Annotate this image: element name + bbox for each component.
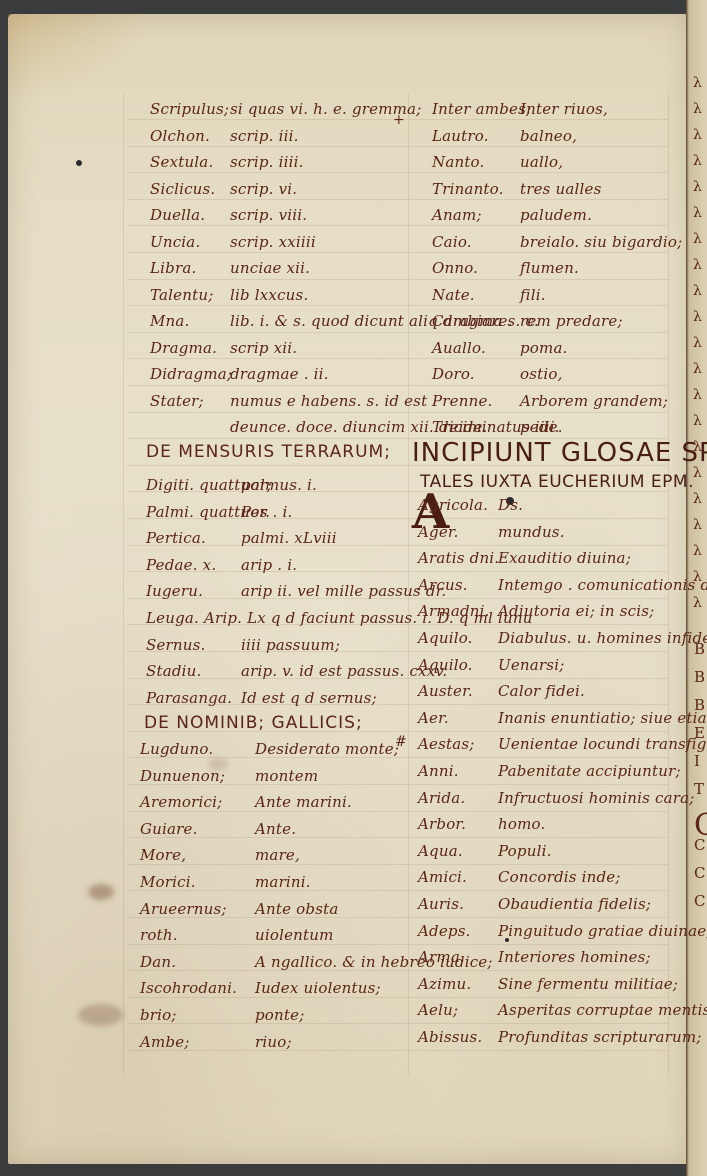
- entry-gloss: dragmae . ii.: [230, 365, 329, 383]
- glossary-entry: Libra.unciae xii.: [150, 259, 196, 277]
- entry-gloss: Desiderato monte;: [255, 740, 399, 758]
- glossary-entry: Talentu;lib lxxcus.: [150, 286, 213, 304]
- glossary-entry: Nanto.uallo,: [432, 153, 485, 171]
- entry-gloss: Uenientae locundi transfiguratio: [498, 735, 707, 753]
- entry-gloss: Pinguitudo gratiae diuinae;: [498, 922, 707, 940]
- glossary-entry: Armadni.Adiutoria ei; in scis;: [418, 602, 490, 620]
- glossary-entry: Morici.marini.: [140, 873, 196, 891]
- next-page-letter: B: [694, 696, 705, 714]
- entry-gloss: Exauditio diuina;: [498, 549, 631, 567]
- entry-gloss: pede.: [520, 418, 563, 436]
- ruling-line: [128, 199, 668, 200]
- ruling-line: [128, 837, 668, 838]
- entry-gloss: Concordis inde;: [498, 868, 621, 886]
- ruling-line: [128, 864, 668, 865]
- ruling-line: [128, 1023, 668, 1024]
- glossary-entry: Olchon.scrip. iii.: [150, 127, 210, 145]
- margin-mark: +: [393, 112, 405, 128]
- entry-gloss: Sine fermentu militiae;: [498, 975, 678, 993]
- entry-gloss: Adiutoria ei; in scis;: [498, 602, 654, 620]
- entry-term: Sernus.: [146, 636, 206, 654]
- entry-gloss: Iudex uiolentus;: [255, 979, 381, 997]
- entry-term: Dragma.: [150, 339, 217, 357]
- glossary-entry: Arma.Interiores homines;: [418, 948, 465, 966]
- entry-term: Parasanga.: [146, 689, 232, 707]
- glossary-entry: Treide.pede.: [432, 418, 488, 436]
- glossary-entry: Anam;paludem.: [432, 206, 482, 224]
- entry-term: Uncia.: [150, 233, 200, 251]
- entry-term: Pedae. x.: [146, 556, 216, 574]
- glossary-entry: Lautro.balneo,: [432, 127, 489, 145]
- entry-term: Nate.: [432, 286, 475, 304]
- glossary-entry: Iugeru.arip ii. vel mille passus dr.: [146, 582, 203, 600]
- entry-term: Duella.: [150, 206, 205, 224]
- entry-term: Trinanto.: [432, 180, 504, 198]
- glossary-entry: Stater;numus e habens. s. id est: [150, 392, 204, 410]
- glossary-entry: Aquilo.Diabulus. u. homines infideles;: [418, 629, 473, 647]
- entry-term: Didragma;: [150, 365, 232, 383]
- entry-gloss: tres ualles: [520, 180, 602, 198]
- glossary-entry: Pedae. x.arip . i.: [146, 556, 216, 574]
- entry-gloss: uallo,: [520, 153, 563, 171]
- entry-term: Mna.: [150, 312, 190, 330]
- glossary-entry: Sernus.iiii passuum;: [146, 636, 206, 654]
- section-heading: DE NOMINIB; GALLICIS;: [144, 713, 363, 733]
- glossary-entry: Uncia.scrip. xxiiii: [150, 233, 200, 251]
- entry-gloss: numus e habens. s. id est: [230, 392, 427, 410]
- glossary-entry: Aelu;Asperitas corruptae mentis;: [418, 1001, 458, 1019]
- entry-gloss: scrip. iiii.: [230, 153, 304, 171]
- ruling-line: [128, 305, 668, 306]
- ruling-line: [128, 252, 668, 253]
- glossary-entry: Cambiare.rem predare;: [432, 312, 513, 330]
- ruling-line: [128, 172, 668, 173]
- entry-term: Stater;: [150, 392, 204, 410]
- glossary-entry: Scripulus;si quas vi. h. e. gremma;: [150, 100, 229, 118]
- initial-stroke: λ: [693, 179, 702, 195]
- glossary-entry: Arida.Infructuosi hominis cara;: [418, 789, 465, 807]
- initial-stroke: λ: [693, 595, 702, 611]
- entry-term: Iscohrodani.: [140, 979, 237, 997]
- entry-term: Onno.: [432, 259, 478, 277]
- entry-gloss: scrip. vi.: [230, 180, 297, 198]
- initial-stroke: λ: [693, 283, 702, 299]
- entry-gloss: arip ii. vel mille passus dr.: [241, 582, 446, 600]
- glossary-entry: Trinanto.tres ualles: [432, 180, 504, 198]
- glossary-entry: Aestas;Uenientae locundi transfiguratio: [418, 735, 475, 753]
- entry-gloss: Obaudientia fidelis;: [498, 895, 651, 913]
- entry-term: Talentu;: [150, 286, 213, 304]
- entry-term: Dan.: [140, 953, 176, 971]
- entry-term: Azimu.: [418, 975, 471, 993]
- glossary-entry: Ambe;riuo;: [140, 1033, 190, 1051]
- entry-term: Agricola.: [418, 496, 488, 514]
- incipit-heading: INCIPIUNT GLOSAE SPIRI: [412, 438, 707, 468]
- entry-term: Inter ambes;: [432, 100, 531, 118]
- initial-stroke: λ: [693, 75, 702, 91]
- entry-gloss: riuo;: [255, 1033, 292, 1051]
- glossary-entry: roth.uiolentum: [140, 926, 178, 944]
- entry-gloss: Infructuosi hominis cara;: [498, 789, 695, 807]
- entry-gloss: rem predare;: [520, 312, 623, 330]
- glossary-entry: Aremorici;Ante marini.: [140, 793, 222, 811]
- initial-stroke: λ: [693, 491, 702, 507]
- entry-gloss: montem: [255, 767, 318, 785]
- entry-term: Armadni.: [418, 602, 490, 620]
- entry-gloss: Calor fidei.: [498, 682, 585, 700]
- entry-term: Auris.: [418, 895, 464, 913]
- initial-stroke: λ: [693, 465, 702, 481]
- entry-gloss: Id est q d sernus;: [241, 689, 377, 707]
- entry-term: Stadiu.: [146, 662, 201, 680]
- next-page-letter: B: [694, 640, 705, 658]
- glossary-entry: Auallo.poma.: [432, 339, 486, 357]
- glossary-entry: Aer.Inanis enuntiatio; siue etiam;: [418, 709, 449, 727]
- entry-term: Nanto.: [432, 153, 485, 171]
- glossary-entry: Inter ambes;Inter riuos,: [432, 100, 531, 118]
- glossary-entry: Dragma.scrip xii.: [150, 339, 217, 357]
- glossary-entry: Auris.Obaudientia fidelis;: [418, 895, 464, 913]
- initial-stroke: λ: [693, 153, 702, 169]
- initial-stroke: λ: [693, 413, 702, 429]
- ruling-line: [128, 651, 668, 652]
- incipit-subheading: TALES IUXTA EUCHERIUM EPM.: [420, 472, 694, 492]
- entry-term: Aratis dni.: [418, 549, 499, 567]
- next-page-letter: B: [694, 668, 705, 686]
- entry-term: Adeps.: [418, 922, 471, 940]
- entry-term: Siclicus.: [150, 180, 215, 198]
- ruling-line: [128, 385, 668, 386]
- initial-stroke: λ: [693, 127, 702, 143]
- glossary-entry: Prenne.Arborem grandem;: [432, 392, 493, 410]
- entry-gloss: poma.: [520, 339, 568, 357]
- entry-gloss: Pes . i.: [241, 503, 292, 521]
- entry-gloss: lib lxxcus.: [230, 286, 308, 304]
- glossary-entry: Ager.mundus.: [418, 523, 459, 541]
- entry-term: More,: [140, 846, 186, 864]
- glossary-entry: Siclicus.scrip. vi.: [150, 180, 215, 198]
- entry-gloss: scrip. iii.: [230, 127, 299, 145]
- glossary-entry: Onno.flumen.: [432, 259, 478, 277]
- entry-term: Lautro.: [432, 127, 489, 145]
- glossary-entry: Lugduno.Desiderato monte;: [140, 740, 213, 758]
- entry-gloss: uiolentum: [255, 926, 334, 944]
- next-page-letter: C: [694, 864, 705, 882]
- entry-gloss: Inanis enuntiatio; siue etiam;: [498, 709, 707, 727]
- entry-gloss: arip . i.: [241, 556, 297, 574]
- glossary-entry: Adeps.Pinguitudo gratiae diuinae;: [418, 922, 471, 940]
- glossary-entry: Azimu.Sine fermentu militiae;: [418, 975, 471, 993]
- entry-gloss: Diabulus. u. homines infideles;: [498, 629, 707, 647]
- initial-stroke: λ: [693, 517, 702, 533]
- entry-term: Iugeru.: [146, 582, 203, 600]
- entry-term: Olchon.: [150, 127, 210, 145]
- ruling-line: [128, 146, 668, 147]
- entry-term: roth.: [140, 926, 178, 944]
- entry-gloss: Ds.: [498, 496, 523, 514]
- entry-term: Aqua.: [418, 842, 463, 860]
- ruling-line: [128, 1050, 668, 1051]
- entry-gloss: Ante.: [255, 820, 296, 838]
- glossary-entry: brio;ponte;: [140, 1006, 177, 1024]
- entry-gloss: Populi.: [498, 842, 552, 860]
- glossary-entry: Arcus.Intemgo . comunicationis dni;: [418, 576, 468, 594]
- entry-term: Prenne.: [432, 392, 493, 410]
- entry-term: Libra.: [150, 259, 196, 277]
- entry-term: Aquilo.: [418, 656, 473, 674]
- entry-gloss: marini.: [255, 873, 311, 891]
- entry-term: Arida.: [418, 789, 465, 807]
- next-page-letter: T: [694, 780, 704, 798]
- entry-gloss: iiii passuum;: [241, 636, 340, 654]
- entry-gloss: mare,: [255, 846, 300, 864]
- entry-term: Arma.: [418, 948, 465, 966]
- entry-gloss: unciae xii.: [230, 259, 310, 277]
- initial-stroke: λ: [693, 309, 702, 325]
- glossary-entry: Pertica.palmi. xLviii: [146, 529, 206, 547]
- ruling-line: [128, 890, 668, 891]
- initial-stroke: λ: [693, 543, 702, 559]
- glossary-entry: Auster.Calor fidei.: [418, 682, 473, 700]
- entry-term: Aquilo.: [418, 629, 473, 647]
- glossary-entry: Duella.scrip. viii.: [150, 206, 205, 224]
- entry-gloss: scrip. xxiiii: [230, 233, 316, 251]
- entry-gloss: Interiores homines;: [498, 948, 651, 966]
- initial-stroke: λ: [693, 231, 702, 247]
- entry-gloss: Uenarsi;: [498, 656, 564, 674]
- ruling-line: [128, 225, 668, 226]
- ruling-line: [128, 332, 668, 333]
- entry-term: Ambe;: [140, 1033, 190, 1051]
- initial-stroke: λ: [693, 361, 702, 377]
- ruling-vertical: [123, 94, 124, 1074]
- glossary-entry: Aquilo.Uenarsi;: [418, 656, 473, 674]
- entry-term: Amici.: [418, 868, 467, 886]
- entry-term: Pertica.: [146, 529, 206, 547]
- entry-gloss: deunce. doce. diuncim xii. diciminatus i…: [230, 418, 560, 436]
- entry-gloss: homo.: [498, 815, 545, 833]
- ink-stain: [78, 1004, 123, 1026]
- margin-mark: #: [395, 734, 407, 750]
- glossary-entry: Aqua.Populi.: [418, 842, 463, 860]
- entry-gloss: Arborem grandem;: [520, 392, 668, 410]
- entry-gloss: Asperitas corruptae mentis;: [498, 1001, 707, 1019]
- entry-term: Arueernus;: [140, 900, 227, 918]
- glossary-entry: Caio.breialo. siu bigardio;: [432, 233, 472, 251]
- next-page-letter: I: [694, 752, 700, 770]
- initial-stroke: λ: [693, 439, 702, 455]
- entry-gloss: Intemgo . comunicationis dni;: [498, 576, 707, 594]
- glossary-entry: Amici.Concordis inde;: [418, 868, 467, 886]
- glossary-entry: Abissus.Profunditas scripturarum;: [418, 1028, 482, 1046]
- glossary-entry: Parasanga.Id est q d sernus;: [146, 689, 232, 707]
- next-page-letter: E: [694, 724, 705, 742]
- glossary-entry: Aratis dni.Exauditio diuina;: [418, 549, 499, 567]
- entry-term: Auallo.: [432, 339, 486, 357]
- initial-stroke: λ: [693, 257, 702, 273]
- initial-stroke: λ: [693, 101, 702, 117]
- entry-term: Morici.: [140, 873, 196, 891]
- entry-gloss: arip. v. id est passus. cxxv.: [241, 662, 447, 680]
- next-page-letter: C: [694, 892, 705, 910]
- ink-stain: [88, 884, 114, 900]
- ruling-line: [128, 545, 668, 546]
- initial-stroke: λ: [693, 387, 702, 403]
- entry-term: Sextula.: [150, 153, 213, 171]
- entry-term: Auster.: [418, 682, 473, 700]
- glossary-entry: More,mare,: [140, 846, 186, 864]
- entry-gloss: fili.: [520, 286, 546, 304]
- entry-gloss: scrip. viii.: [230, 206, 307, 224]
- initial-stroke: λ: [693, 569, 702, 585]
- entry-term: Lugduno.: [140, 740, 213, 758]
- glossary-entry: Agricola.Ds.: [418, 496, 488, 514]
- glossary-entry: Iscohrodani.Iudex uiolentus;: [140, 979, 237, 997]
- glossary-entry: Dan.A ngallico. & in hebreo iudice;: [140, 953, 176, 971]
- glossary-entry: Nate.fili.: [432, 286, 475, 304]
- glossary-entry: Palmi. quattuor.Pes . i.: [146, 503, 270, 521]
- glossary-entry: Arbor.homo.: [418, 815, 466, 833]
- initial-stroke: λ: [693, 335, 702, 351]
- section-heading: DE MENSURIS TERRARUM;: [146, 442, 391, 462]
- glossary-entry: Didragma;dragmae . ii.: [150, 365, 232, 383]
- ruling-line: [128, 358, 668, 359]
- entry-term: Arcus.: [418, 576, 468, 594]
- entry-term: Arbor.: [418, 815, 466, 833]
- entry-term: Aestas;: [418, 735, 475, 753]
- glossary-entry: Anni.Pabenitate accipiuntur;: [418, 762, 459, 780]
- ruling-line: [128, 412, 668, 413]
- entry-term: Scripulus;: [150, 100, 229, 118]
- entry-term: Aelu;: [418, 1001, 458, 1019]
- glossary-entry: Digiti. quattuor;palmus. i.: [146, 476, 272, 494]
- entry-gloss: balneo,: [520, 127, 577, 145]
- entry-gloss: Inter riuos,: [520, 100, 608, 118]
- entry-term: Anni.: [418, 762, 459, 780]
- entry-gloss: ponte;: [255, 1006, 304, 1024]
- entry-term: Aremorici;: [140, 793, 222, 811]
- hole-dot: [76, 160, 82, 166]
- glossary-entry: Doro.ostio,: [432, 365, 475, 383]
- ruling-line: [128, 944, 668, 945]
- entry-term: Guiare.: [140, 820, 198, 838]
- entry-term: brio;: [140, 1006, 177, 1024]
- entry-gloss: ostio,: [520, 365, 563, 383]
- entry-gloss: palmi. xLviii: [241, 529, 337, 547]
- glossary-entry: Arueernus;Ante obsta: [140, 900, 227, 918]
- glossary-entry: Stadiu.arip. v. id est passus. cxxv.: [146, 662, 201, 680]
- entry-gloss: Ante obsta: [255, 900, 338, 918]
- next-page-letter: C: [694, 836, 705, 854]
- entry-term: Cambiare.: [432, 312, 513, 330]
- entry-term: Treide.: [432, 418, 488, 436]
- entry-gloss: Profunditas scripturarum;: [498, 1028, 702, 1046]
- glossary-entry: Sextula.scrip. iiii.: [150, 153, 213, 171]
- entry-gloss: scrip xii.: [230, 339, 297, 357]
- initial-stroke: λ: [693, 205, 702, 221]
- entry-gloss: flumen.: [520, 259, 579, 277]
- entry-term: Anam;: [432, 206, 482, 224]
- glossary-entry: Dunuenon;montem: [140, 767, 225, 785]
- entry-gloss: breialo. siu bigardio;: [520, 233, 682, 251]
- entry-term: Dunuenon;: [140, 767, 225, 785]
- entry-term: Abissus.: [418, 1028, 482, 1046]
- entry-gloss: Pabenitate accipiuntur;: [498, 762, 681, 780]
- entry-gloss: Ante marini.: [255, 793, 352, 811]
- entry-gloss: paludem.: [520, 206, 592, 224]
- glossary-entry: Mna.lib. i. & s. quod dicunt aliq dragma…: [150, 312, 190, 330]
- entry-term: Caio.: [432, 233, 472, 251]
- entry-gloss: mundus.: [498, 523, 565, 541]
- ruling-line: [128, 279, 668, 280]
- entry-gloss: palmus. i.: [241, 476, 317, 494]
- entry-term: Ager.: [418, 523, 459, 541]
- entry-term: Doro.: [432, 365, 475, 383]
- glossary-entry: Guiare.Ante.: [140, 820, 198, 838]
- entry-term: Aer.: [418, 709, 449, 727]
